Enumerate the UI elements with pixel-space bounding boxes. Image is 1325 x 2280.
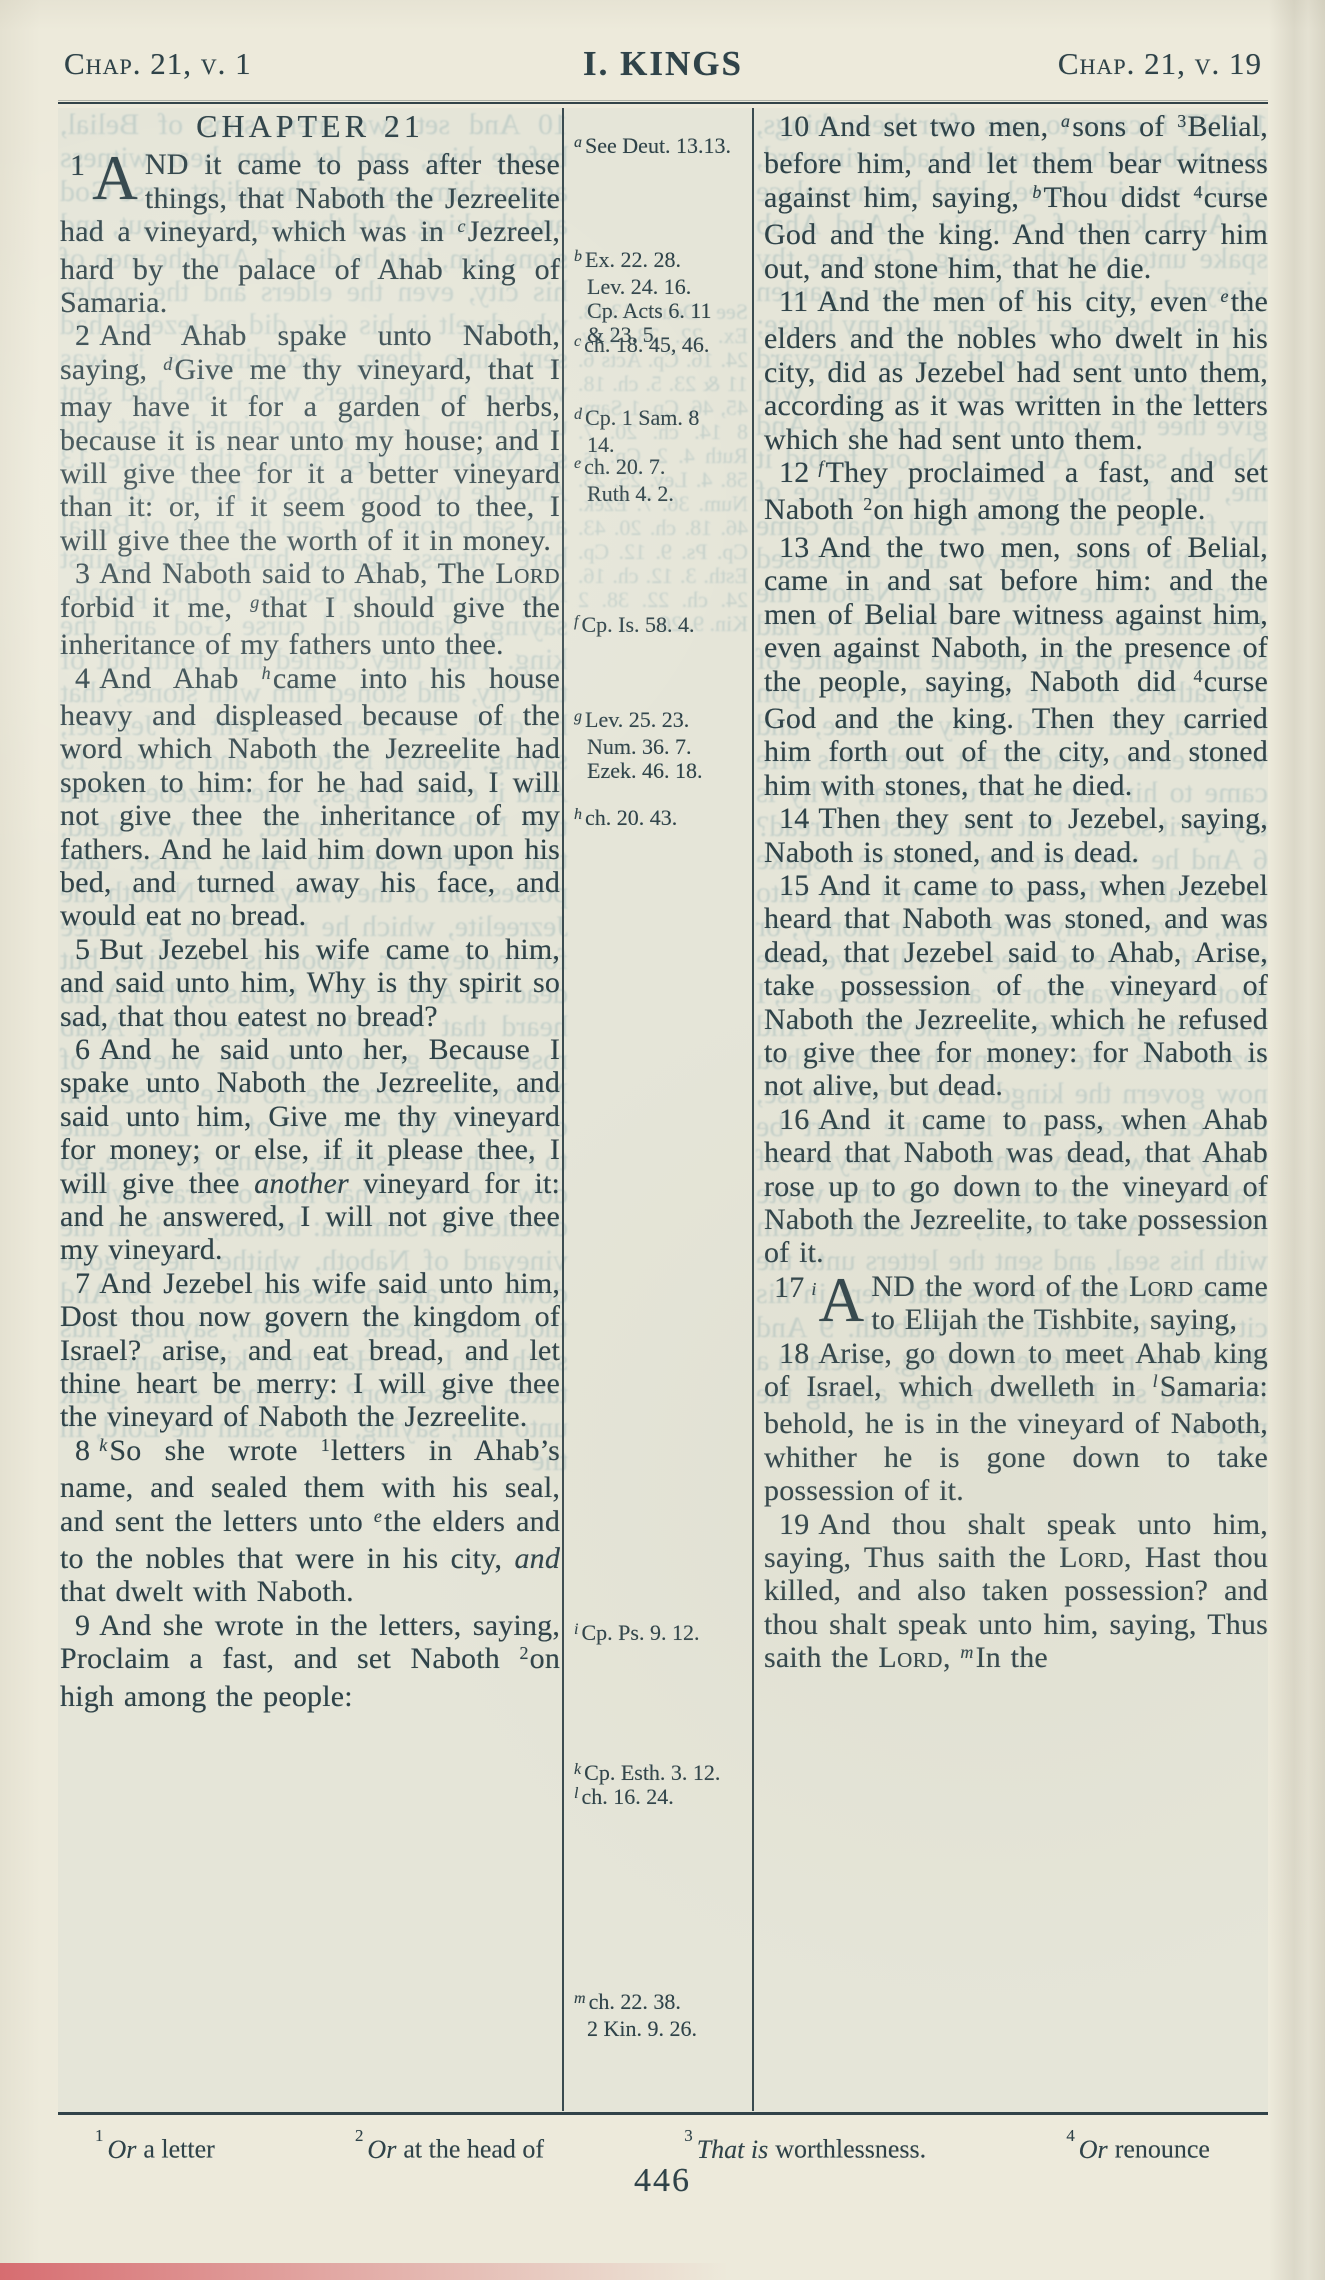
cross-reference-marker: e	[374, 1506, 382, 1526]
footnote-number: 3	[684, 2126, 692, 2145]
cross-reference-marker: g	[250, 592, 259, 612]
italic-word: another	[254, 1167, 349, 1200]
cross-reference-marker: d	[163, 354, 172, 374]
footnote-marker: 1	[321, 1435, 330, 1455]
cross-reference-marker: f	[818, 457, 823, 477]
footnote: 2Orat the head of	[355, 2128, 544, 2165]
cross-reference-letter: d	[574, 406, 582, 423]
verse-number: 16	[779, 1103, 809, 1136]
verse: 13And the two men, sons of Belial, came …	[764, 531, 1268, 802]
footnote-label: That is	[697, 2135, 769, 2164]
running-head-right: Chap. 21, v. 19	[1058, 46, 1262, 82]
cross-reference-letter: g	[574, 708, 582, 725]
verse: 11And the men of his city, even ethe eld…	[764, 285, 1268, 456]
verse-number: 11	[779, 285, 808, 318]
verse-number: 15	[779, 869, 809, 902]
cross-reference-line: 2 Kin. 9. 26.	[574, 2017, 750, 2041]
cross-reference-letter: e	[574, 455, 581, 472]
verse-number: 17	[774, 1271, 804, 1304]
footnote-label: Or	[367, 2135, 396, 2164]
cross-reference-marker: m	[960, 1642, 973, 1662]
verse: 9And she wrote in the letters, saying, P…	[60, 1609, 560, 1713]
cross-reference-marker: k	[99, 1435, 107, 1455]
footnote: 1Ora letter	[95, 2128, 215, 2165]
drop-cap: 17iA	[774, 1271, 864, 1328]
verse: 14Then they sent to Jezebel, saying, Nab…	[764, 802, 1268, 869]
footnote-marker: 4	[1194, 666, 1203, 686]
verse-number: 13	[779, 531, 809, 564]
right-text-column: 10And set two men, asons of 3Belial, bef…	[754, 108, 1268, 2111]
verse-number: 2	[75, 319, 90, 352]
gutter-shadow	[1269, 0, 1325, 2280]
cross-reference-letter: b	[574, 248, 582, 265]
verse-number: 4	[75, 662, 90, 695]
cross-reference-marker: c	[457, 216, 465, 236]
verse: 15And it came to pass, when Jezebel hear…	[764, 869, 1268, 1103]
small-caps-divine-name: Lord	[1059, 1541, 1124, 1574]
footnote-label: Or	[107, 2135, 136, 2164]
italic-word: and	[514, 1542, 560, 1575]
cross-reference-line: Lev. 24. 16.	[574, 275, 750, 299]
cross-reference-entry: hch. 20. 43.	[574, 806, 750, 833]
verse: 18Arise, go down to meet Ahab king of Is…	[764, 1337, 1268, 1508]
footnote-number: 4	[1066, 2126, 1074, 2145]
footnote-number: 2	[355, 2126, 363, 2145]
verse-number: 6	[75, 1033, 90, 1066]
cross-reference-letter: a	[574, 134, 582, 151]
bottom-rule	[58, 2112, 1268, 2115]
verse-number: 7	[75, 1267, 90, 1300]
cross-reference-line: Ezek. 46. 18.	[574, 759, 750, 783]
footnote-marker: 2	[863, 494, 872, 514]
verse: 16And it came to pass, when Ahab heard t…	[764, 1103, 1268, 1270]
drop-cap-letter: A	[92, 151, 138, 206]
cross-reference-column: aSee Deut. 13.13.bEx. 22. 28.Lev. 24. 16…	[564, 108, 752, 2111]
drop-cap: 1A	[70, 149, 138, 206]
cross-reference-entry: dCp. 1 Sam. 814.	[574, 406, 750, 457]
cross-reference-marker: e	[1221, 286, 1229, 306]
cross-reference-marker: a	[1061, 111, 1070, 131]
verse-number: 5	[75, 933, 90, 966]
red-edge-stain	[0, 2263, 729, 2280]
verse: 5But Jezebel his wife came to him, and s…	[60, 933, 560, 1033]
left-text-column: CHAPTER 21 1AND it came to pass after th…	[58, 108, 562, 2111]
verse-number: 9	[75, 1609, 90, 1642]
cross-reference-line: Num. 36. 7.	[574, 735, 750, 759]
verse-number: 19	[779, 1508, 809, 1541]
cross-reference-letter: i	[574, 1621, 578, 1638]
footnotes: 1Ora letter2Orat the head of3That iswort…	[95, 2128, 1210, 2165]
verse: 2And Ahab spake unto Naboth, saying, dGi…	[60, 319, 560, 557]
footnote-label: Or	[1079, 2135, 1108, 2164]
verse: 10And set two men, asons of 3Belial, bef…	[764, 110, 1268, 285]
drop-cap-letter: A	[819, 1273, 865, 1328]
bible-page-scan: 10 And set two men, sons of Belial, befo…	[0, 0, 1325, 2280]
cross-reference-entry: mch. 22. 38.2 Kin. 9. 26.	[574, 1990, 750, 2041]
text-columns: CHAPTER 21 1AND it came to pass after th…	[58, 108, 1268, 2111]
footnote: 4Orrenounce	[1066, 2128, 1210, 2165]
verse-number: 3	[75, 557, 90, 590]
verse: 12fThey proclaimed a fast, and set Nabot…	[764, 456, 1268, 531]
page-number: 446	[0, 2162, 1325, 2200]
cross-reference-marker: i	[811, 1273, 816, 1306]
verse: 8kSo she wrote 1letters in Ahab’s name, …	[60, 1434, 560, 1609]
cross-reference-entry: iCp. Ps. 9. 12.	[574, 1621, 750, 1648]
footnote-number: 1	[95, 2126, 103, 2145]
cross-reference-entry: ech. 20. 7.Ruth 4. 2.	[574, 455, 750, 506]
verse-number: 1	[70, 149, 85, 182]
verse-number: 8	[75, 1434, 90, 1467]
footnote-marker: 3	[1177, 111, 1186, 131]
verse-number: 12	[779, 456, 809, 489]
cross-reference-line: Cp. Acts 6. 11	[574, 299, 750, 323]
cross-reference-letter: f	[574, 613, 578, 630]
footnote-marker: 4	[1194, 182, 1203, 202]
verse: 17iAND the word of the Lord came to Elij…	[764, 1270, 1268, 1337]
cross-reference-entry: lch. 16. 24.	[574, 1785, 750, 1812]
cross-reference-entry: aSee Deut. 13.13.	[574, 134, 750, 161]
cross-reference-line: Ruth 4. 2.	[574, 482, 750, 506]
top-rule	[58, 100, 1268, 104]
cross-reference-entry: cch. 18. 45, 46.	[574, 333, 750, 360]
cross-reference-letter: k	[574, 1761, 581, 1778]
cross-reference-letter: c	[574, 333, 581, 350]
small-caps-divine-name: Lord	[1129, 1270, 1194, 1303]
cross-reference-letter: h	[574, 806, 582, 823]
footnote-marker: 2	[519, 1643, 528, 1663]
verse: 7And Jezebel his wife said unto him, Dos…	[60, 1267, 560, 1434]
cross-reference-entry: fCp. Is. 58. 4.	[574, 613, 750, 640]
cross-reference-entry: gLev. 25. 23.Num. 36. 7.Ezek. 46. 18.	[574, 708, 750, 783]
footnote: 3That isworthlessness.	[684, 2128, 926, 2165]
cross-reference-marker: l	[1153, 1371, 1158, 1391]
chapter-heading: CHAPTER 21	[60, 110, 560, 143]
cross-reference-letter: l	[574, 1785, 578, 1802]
verse-number: 14	[779, 802, 809, 835]
verse-number: 10	[779, 110, 809, 143]
cross-reference-marker: b	[1032, 182, 1041, 202]
small-caps-divine-name: Lord	[878, 1641, 943, 1674]
small-caps-divine-name: Lord	[495, 557, 560, 590]
verse: 6And he said unto her, Because I spake u…	[60, 1033, 560, 1267]
running-head: Chap. 21, v. 1 I. KINGS Chap. 21, v. 19	[60, 46, 1266, 90]
verse: 19And thou shalt speak unto him, saying,…	[764, 1508, 1268, 1679]
verse: 3And Naboth said to Ahab, The Lord forbi…	[60, 557, 560, 661]
verse-number: 18	[779, 1337, 809, 1370]
verse: 1AND it came to pass after these things,…	[60, 148, 560, 319]
cross-reference-marker: h	[262, 663, 271, 683]
cross-reference-letter: m	[574, 1990, 586, 2007]
verse: 4And Ahab hcame into his house heavy and…	[60, 662, 560, 933]
